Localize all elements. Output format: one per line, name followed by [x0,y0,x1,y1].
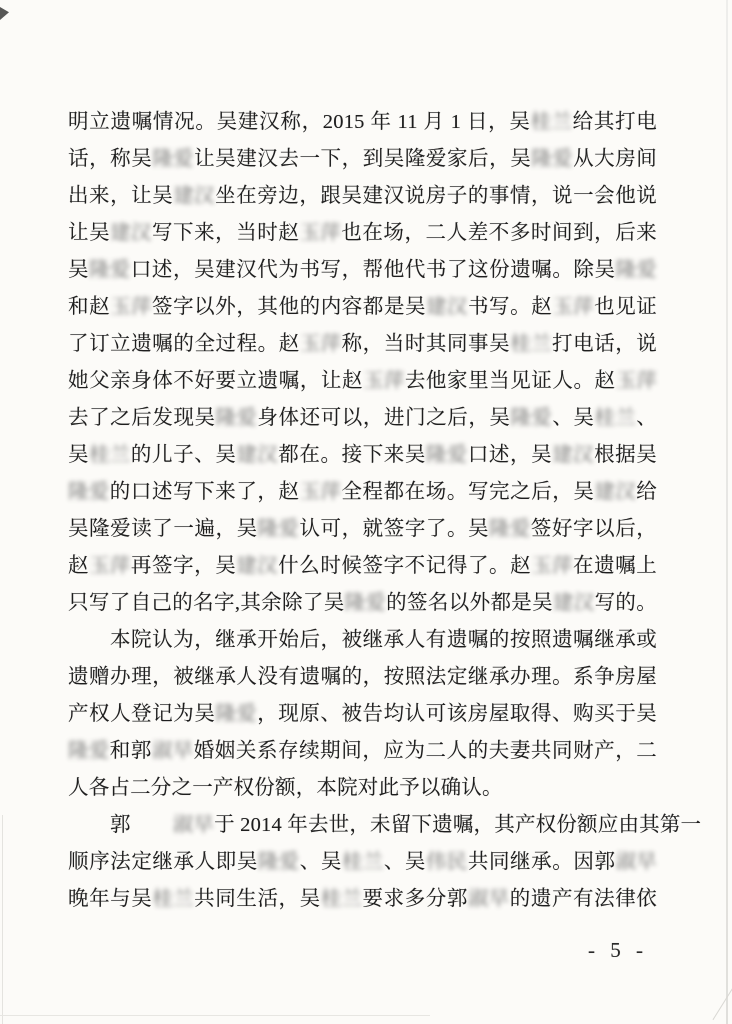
redacted-name: 淑早 [152,734,193,770]
text-segment: 让吴建汉去一下，到吴隆爱家后，吴 [194,148,532,170]
redacted-name: 隆爱 [89,253,130,289]
text-segment: 她父亲身体不好要立遗嘱，让赵 [68,370,363,392]
redacted-name: 建汉 [173,179,214,215]
text-line: 让吴建汉写下来，当时赵玉萍也在场，二人差不多时间到，后来 [68,215,657,252]
text-line: 话，称吴隆爱让吴建汉去一下，到吴隆爱家后，吴隆爱从大房间 [68,141,657,178]
text-segment: 再签字，吴 [131,555,237,577]
text-segment: 全程都在场。写完之后，吴 [341,481,594,503]
text-segment: 吴 [68,259,89,281]
redacted-name: 隆爱 [426,438,467,474]
redacted-name: 伟民 [426,845,467,881]
scan-left-edge-line [2,815,3,1024]
scan-corner-artifact [0,7,9,20]
text-segment: 吴 [68,444,89,466]
text-line: 产权人登记为吴隆爱，现原、被告均认可该房屋取得、购买于吴 [68,696,657,733]
text-segment: 要求多分郭 [362,888,468,910]
redacted-name: 建汉 [426,290,467,326]
text-segment: ，现原、被告均认可该房屋取得、购买于吴 [257,703,657,725]
text-line: 吴隆爱口述，吴建汉代为书写，帮他代书了这份遗嘱。除吴隆爱 [68,252,657,289]
text-segment: 的遗产有法律依 [509,888,657,910]
redacted-name: 玉萍 [616,364,657,400]
text-line: 和赵玉萍签字以外，其他的内容都是吴建汉书写。赵玉萍也见证 [68,289,657,326]
text-segment: 身体还可以，进门之后，吴 [257,407,510,429]
text-line: 顺序法定继承人即吴隆爱、吴桂兰、吴伟民共同继承。因郭淑早 [68,844,657,881]
text-segment: 的签名以外都是吴 [386,592,553,614]
redacted-name: 建汉 [553,586,594,622]
redacted-name: 桂兰 [595,401,636,437]
redacted-name: 淑早 [468,882,509,918]
text-segment: 郭 [110,814,131,836]
text-line: 吴桂兰的儿子、吴建汉都在。接下来吴隆爱口述，吴建汉根据吴 [68,437,657,474]
redacted-name: 隆爱 [68,734,109,770]
text-segment: 根据吴 [594,444,657,466]
redacted-name: 建汉 [595,475,636,511]
text-segment: 吴隆爱读了一遍，吴 [68,518,258,540]
redacted-name: 隆爱 [531,142,572,178]
text-segment: 都在。接下来吴 [278,444,426,466]
text-line: 出来，让吴建汉坐在旁边，跟吴建汉说房子的事情，说一会他说 [68,178,657,215]
text-segment: 什么时候签字不记得了。赵 [278,555,531,577]
text-segment: 书写。赵 [468,296,553,318]
redacted-name: 玉萍 [552,290,593,326]
text-line: 了订立遗嘱的全过程。赵玉萍称，当时其同事吴桂兰打电话，说 [68,326,657,363]
text-segment: 和赵 [68,296,110,318]
redacted-name: 隆爱 [215,697,256,733]
redacted-name: 隆爱 [489,512,530,548]
redacted-name: 隆爱 [345,586,386,622]
text-segment: 去他家里当见证人。赵 [404,370,615,392]
redacted-name: 隆爱 [616,253,657,289]
redacted-name: 玉萍 [300,475,341,511]
text-segment: 写的。 [594,592,657,614]
text-segment: 共同继承。因郭 [467,851,615,873]
text-segment: 签字以外，其他的内容都是吴 [152,296,427,318]
redacted-name: 建汉 [552,438,593,474]
text-segment: 话，称吴 [68,148,152,170]
text-line: 遗赠办理，被继承人没有遗嘱的，按照法定继承办理。系争房屋 [68,659,657,696]
text-segment: 去了之后发现吴 [68,407,216,429]
text-segment: 在遗嘱上 [573,555,657,577]
judgment-text-block: 明立遗嘱情况。吴建汉称，2015 年 11 月 1 日，吴桂兰给其打电话，称吴隆… [68,104,657,918]
text-line: 郭淑早于 2014 年去世，未留下遗嘱，其产权份额应由其第一 [68,807,657,844]
text-segment: 的口述写下来了，赵 [109,481,299,503]
text-segment: 了订立遗嘱的全过程。赵 [68,333,300,355]
redacted-name: 桂兰 [321,882,362,918]
redacted-name: 桂兰 [531,105,572,141]
text-line: 只写了自己的名字,其余除了吴隆爱的签名以外都是吴建汉写的。 [68,585,657,622]
text-segment: 写下来，当时赵 [152,222,300,244]
text-segment: 让吴 [68,222,110,244]
redacted-name: 桂兰 [342,845,383,881]
redacted-name: 玉萍 [299,216,340,252]
text-line: 本院认为，继承开始后，被继承人有遗嘱的按照遗嘱继承或 [68,622,657,659]
redacted-name: 玉萍 [363,364,404,400]
redacted-name: 桂兰 [152,882,193,918]
redacted-name: 隆爱 [258,845,299,881]
text-line: 人各占二分之一产权份额，本院对此予以确认。 [68,770,657,807]
text-segment: 于 2014 年去世，未留下遗嘱，其产权份额应由其第一 [214,814,701,836]
text-line: 隆爱和郭淑早婚姻关系存续期间，应为二人的夫妻共同财产，二 [68,733,657,770]
redacted-name: 隆爱 [152,142,193,178]
text-segment: 出来，让吴 [68,185,173,207]
redacted-name: 淑早 [616,845,657,881]
text-segment: 从大房间 [573,148,657,170]
text-segment: 共同生活，吴 [194,888,321,910]
redacted-name: 玉萍 [89,549,130,585]
scanned-judgment-page: 明立遗嘱情况。吴建汉称，2015 年 11 月 1 日，吴桂兰给其打电话，称吴隆… [0,0,732,1024]
text-line: 晚年与吴桂兰共同生活，吴桂兰要求多分郭淑早的遗产有法律依 [68,881,657,918]
text-segment: 晚年与吴 [68,888,152,910]
redacted-name: 隆爱 [68,475,109,511]
text-line: 她父亲身体不好要立遗嘱，让赵玉萍去他家里当见证人。赵玉萍 [68,363,657,400]
text-segment: 、 [636,407,657,429]
text-segment: 和郭 [109,740,152,762]
text-segment: 称，当时其同事吴 [341,333,510,355]
text-segment: 婚姻关系存续期间，应为二人的夫妻共同财产，二 [193,740,657,762]
text-segment: 顺序法定继承人即吴 [68,851,258,873]
text-segment: 也在场，二人差不多时间到，后来 [341,222,657,244]
text-segment: 口述，吴 [467,444,552,466]
text-segment: 、吴 [299,851,342,873]
page-number: - 5 - [588,938,648,963]
text-segment: 给其打电 [572,111,657,133]
redacted-name: 玉萍 [531,549,572,585]
text-line: 去了之后发现吴隆爱身体还可以，进门之后，吴隆爱、吴桂兰、 [68,400,657,437]
text-segment: 口述，吴建汉代为书写，帮他代书了这份遗嘱。除吴 [130,259,615,281]
text-line: 吴隆爱读了一遍，吴隆爱认可，就签字了。吴隆爱签好字以后， [68,511,657,548]
text-segment: 只写了自己的名字,其余除了吴 [68,592,345,614]
text-segment: 打电话，说 [552,333,657,355]
text-segment: 的儿子、吴 [131,444,237,466]
redacted-name: 隆爱 [258,512,299,548]
redacted-name: 玉萍 [300,327,341,363]
text-segment: 认可，就签字了。吴 [299,518,489,540]
redacted-name: 建汉 [236,549,277,585]
scan-right-edge-line [726,0,728,1024]
redacted-name: 玉萍 [110,290,151,326]
redacted-name: 淑早 [131,808,214,844]
redacted-name: 建汉 [236,438,277,474]
redacted-name: 隆爱 [216,401,257,437]
redacted-name: 建汉 [110,216,151,252]
text-segment: 、吴 [383,851,426,873]
text-segment: 明立遗嘱情况。吴建汉称，2015 年 11 月 1 日，吴 [68,111,531,133]
text-segment: 签好字以后， [531,518,657,540]
redacted-name: 隆爱 [511,401,552,437]
redacted-name: 桂兰 [89,438,130,474]
redacted-name: 桂兰 [510,327,551,363]
text-segment: 、吴 [552,407,595,429]
text-line: 隆爱的口述写下来了，赵玉萍全程都在场。写完之后，吴建汉给 [68,474,657,511]
text-line: 明立遗嘱情况。吴建汉称，2015 年 11 月 1 日，吴桂兰给其打电 [68,104,657,141]
text-segment: 坐在旁边，跟吴建汉说房子的事情，说一会他说 [215,185,657,207]
text-segment: 给 [636,481,657,503]
text-segment: 也见证 [594,296,657,318]
scan-corner-diagonal [713,973,732,1020]
text-segment: 本院认为，继承开始后，被继承人有遗嘱的按照遗嘱继承或 [110,629,657,651]
scan-bottom-edge-line [0,1015,430,1016]
text-segment: 赵 [68,555,89,577]
text-line: 赵玉萍再签字，吴建汉什么时候签字不记得了。赵玉萍在遗嘱上 [68,548,657,585]
text-segment: 遗赠办理，被继承人没有遗嘱的，按照法定继承办理。系争房屋 [68,666,657,688]
text-segment: 人各占二分之一产权份额，本院对此予以确认。 [68,777,503,799]
text-segment: 产权人登记为吴 [68,703,215,725]
